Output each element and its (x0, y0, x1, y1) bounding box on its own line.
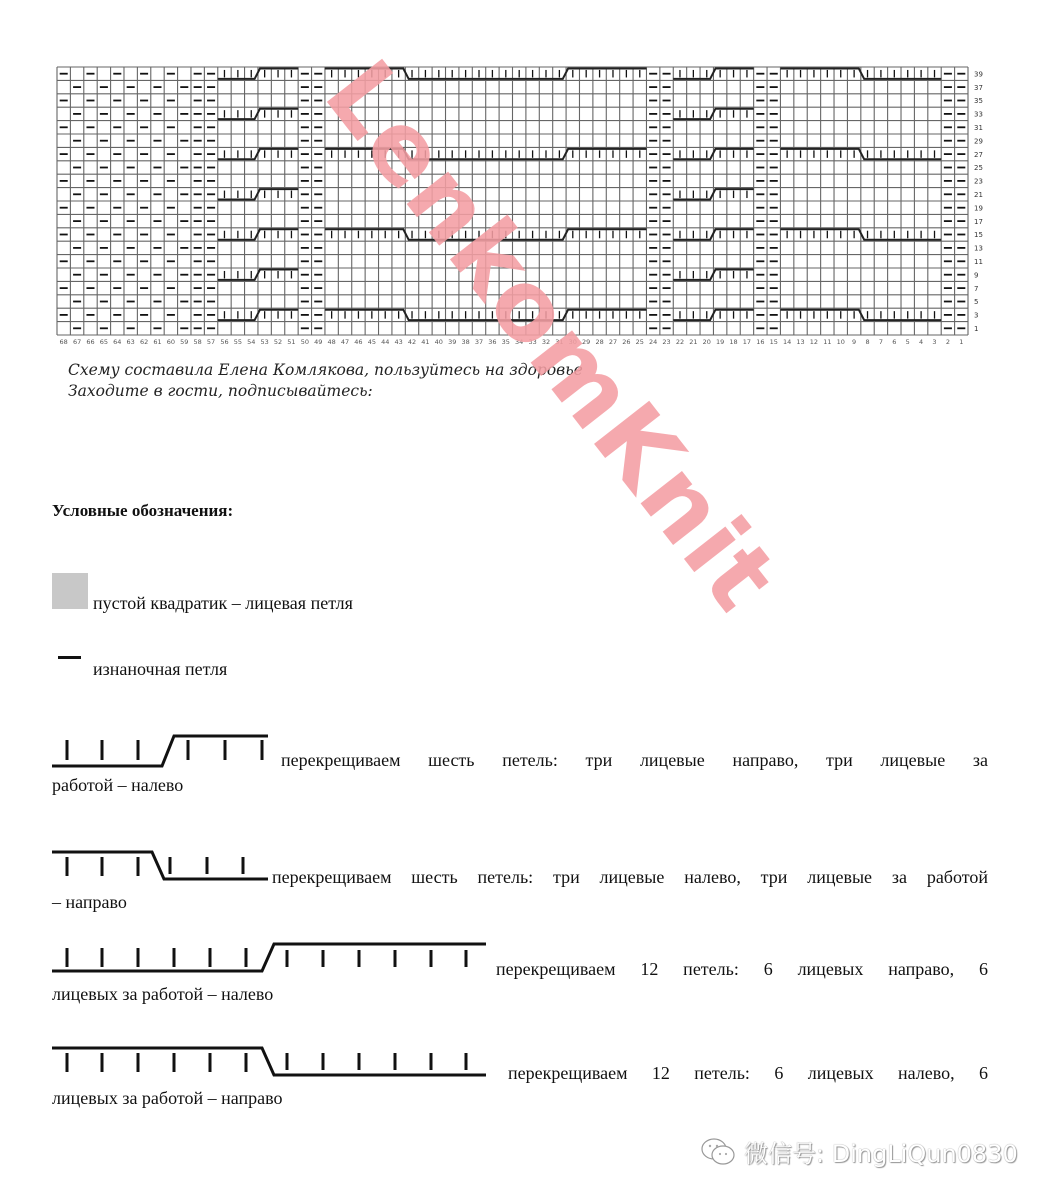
svg-text:40: 40 (435, 338, 443, 346)
svg-text:36: 36 (488, 338, 496, 346)
svg-text:56: 56 (220, 338, 228, 346)
svg-text:32: 32 (542, 338, 550, 346)
svg-text:5: 5 (974, 298, 978, 306)
cable-6-left-icon (50, 732, 270, 772)
svg-text:52: 52 (274, 338, 282, 346)
svg-text:33: 33 (974, 111, 983, 119)
svg-text:67: 67 (73, 338, 81, 346)
svg-text:12: 12 (810, 338, 818, 346)
svg-text:31: 31 (974, 124, 983, 132)
svg-text:25: 25 (974, 164, 983, 172)
author-caption: Схему составила Елена Комлякова, пользуй… (68, 360, 583, 380)
svg-text:33: 33 (528, 338, 536, 346)
cable-12-left-icon (50, 940, 490, 974)
svg-text:61: 61 (153, 338, 161, 346)
svg-text:39: 39 (448, 338, 456, 346)
legend-cable12-left-text1: перекрещиваем 12 петель: 6 лицевых напра… (496, 959, 988, 980)
svg-text:11: 11 (974, 258, 983, 266)
svg-text:59: 59 (180, 338, 188, 346)
cable-12-right-icon (50, 1044, 490, 1078)
svg-text:64: 64 (113, 338, 121, 346)
svg-text:7: 7 (974, 285, 978, 293)
legend-title: Условные обозначения: (52, 501, 233, 521)
svg-text:41: 41 (421, 338, 429, 346)
footer-text: 微信号: DingLiQun0830 (744, 1134, 1018, 1169)
svg-text:7: 7 (879, 338, 883, 346)
svg-text:43: 43 (394, 338, 402, 346)
svg-text:34: 34 (515, 338, 523, 346)
svg-text:39: 39 (974, 70, 983, 78)
svg-text:15: 15 (974, 231, 983, 239)
svg-text:2: 2 (946, 338, 950, 346)
cable-6-right-icon (50, 848, 270, 884)
svg-text:45: 45 (368, 338, 376, 346)
svg-text:13: 13 (796, 338, 804, 346)
svg-text:27: 27 (974, 151, 983, 159)
svg-text:21: 21 (974, 191, 983, 199)
svg-text:21: 21 (689, 338, 697, 346)
purl-dash-icon (58, 656, 81, 659)
svg-text:68: 68 (60, 338, 68, 346)
svg-text:14: 14 (783, 338, 791, 346)
svg-text:18: 18 (729, 338, 737, 346)
svg-text:28: 28 (595, 338, 603, 346)
svg-text:49: 49 (314, 338, 322, 346)
svg-text:60: 60 (167, 338, 175, 346)
svg-text:51: 51 (287, 338, 295, 346)
svg-text:29: 29 (582, 338, 590, 346)
svg-text:62: 62 (140, 338, 148, 346)
svg-text:6: 6 (892, 338, 896, 346)
svg-text:20: 20 (703, 338, 711, 346)
svg-text:15: 15 (770, 338, 778, 346)
legend-cable6-right-text1: перекрещиваем шесть петель: три лицевые … (272, 867, 988, 888)
svg-text:16: 16 (756, 338, 764, 346)
legend-knit-text: пустой квадратик – лицевая петля (93, 593, 353, 614)
svg-text:54: 54 (247, 338, 255, 346)
svg-text:22: 22 (676, 338, 684, 346)
svg-text:10: 10 (837, 338, 845, 346)
svg-text:23: 23 (974, 178, 983, 186)
svg-text:42: 42 (408, 338, 416, 346)
svg-text:24: 24 (649, 338, 657, 346)
legend-cable6-left-text2: работой – налево (52, 775, 183, 796)
svg-text:38: 38 (461, 338, 469, 346)
knit-square-icon (52, 573, 88, 609)
svg-text:8: 8 (865, 338, 869, 346)
legend-cable12-left-text2: лицевых за работой – налево (52, 984, 273, 1005)
svg-text:50: 50 (301, 338, 309, 346)
svg-text:5: 5 (906, 338, 910, 346)
svg-text:26: 26 (622, 338, 630, 346)
svg-text:47: 47 (341, 338, 349, 346)
footer-wechat: 微信号: DingLiQun0830 (700, 1134, 1018, 1169)
svg-text:30: 30 (569, 338, 577, 346)
svg-text:4: 4 (919, 338, 923, 346)
svg-text:31: 31 (555, 338, 563, 346)
svg-text:57: 57 (207, 338, 215, 346)
svg-text:44: 44 (381, 338, 389, 346)
svg-text:1: 1 (974, 325, 978, 333)
wechat-icon (700, 1137, 736, 1167)
legend-cable6-right-text2: – направо (52, 892, 127, 913)
svg-text:65: 65 (100, 338, 108, 346)
legend-cable6-left-text1: перекрещиваем шесть петель: три лицевые … (281, 750, 988, 771)
svg-text:53: 53 (261, 338, 269, 346)
svg-text:46: 46 (354, 338, 362, 346)
chart-grid: 3937353331292725232119171513119753168676… (0, 0, 1052, 360)
svg-text:17: 17 (743, 338, 751, 346)
svg-text:9: 9 (974, 271, 978, 279)
svg-text:13: 13 (974, 245, 983, 253)
svg-text:3: 3 (932, 338, 936, 346)
svg-text:58: 58 (194, 338, 202, 346)
svg-text:19: 19 (974, 204, 983, 212)
svg-text:17: 17 (974, 218, 983, 226)
svg-text:3: 3 (974, 312, 978, 320)
svg-text:35: 35 (502, 338, 510, 346)
svg-text:48: 48 (327, 338, 335, 346)
svg-text:66: 66 (86, 338, 94, 346)
svg-text:1: 1 (959, 338, 963, 346)
svg-text:25: 25 (636, 338, 644, 346)
subscribe-caption: Заходите в гости, подписывайтесь: (68, 381, 373, 401)
legend-cable12-right-text2: лицевых за работой – направо (52, 1088, 282, 1109)
svg-text:63: 63 (127, 338, 135, 346)
svg-text:37: 37 (974, 84, 983, 92)
svg-text:23: 23 (662, 338, 670, 346)
svg-text:27: 27 (609, 338, 617, 346)
svg-text:11: 11 (823, 338, 831, 346)
svg-text:37: 37 (475, 338, 483, 346)
svg-text:55: 55 (234, 338, 242, 346)
svg-text:29: 29 (974, 137, 983, 145)
svg-text:35: 35 (974, 97, 983, 105)
svg-text:19: 19 (716, 338, 724, 346)
legend-cable12-right-text1: перекрещиваем 12 петель: 6 лицевых налев… (508, 1063, 988, 1084)
legend-purl-text: изнаночная петля (93, 659, 227, 680)
knitting-chart: 3937353331292725232119171513119753168676… (0, 0, 1052, 360)
svg-text:9: 9 (852, 338, 856, 346)
